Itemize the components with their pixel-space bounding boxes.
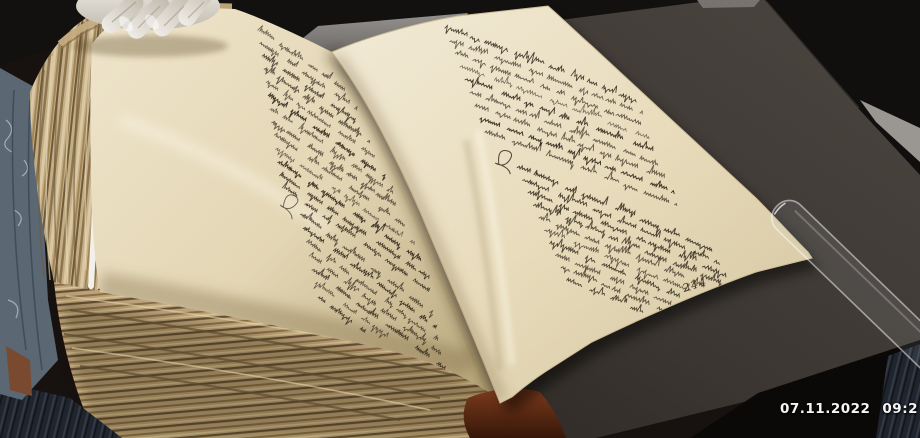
archive-photo-manuscript-book: 244 07.11.202209:2 — [0, 0, 920, 438]
timestamp-date: 07.11.2022 — [780, 401, 870, 417]
glove-shadow — [72, 35, 228, 57]
timestamp-time: 09:2 — [882, 401, 918, 417]
photo-canvas: 244 — [0, 0, 920, 438]
camera-timestamp-overlay: 07.11.202209:2 — [780, 401, 918, 417]
backdrop-gap-sliver — [697, 0, 760, 8]
